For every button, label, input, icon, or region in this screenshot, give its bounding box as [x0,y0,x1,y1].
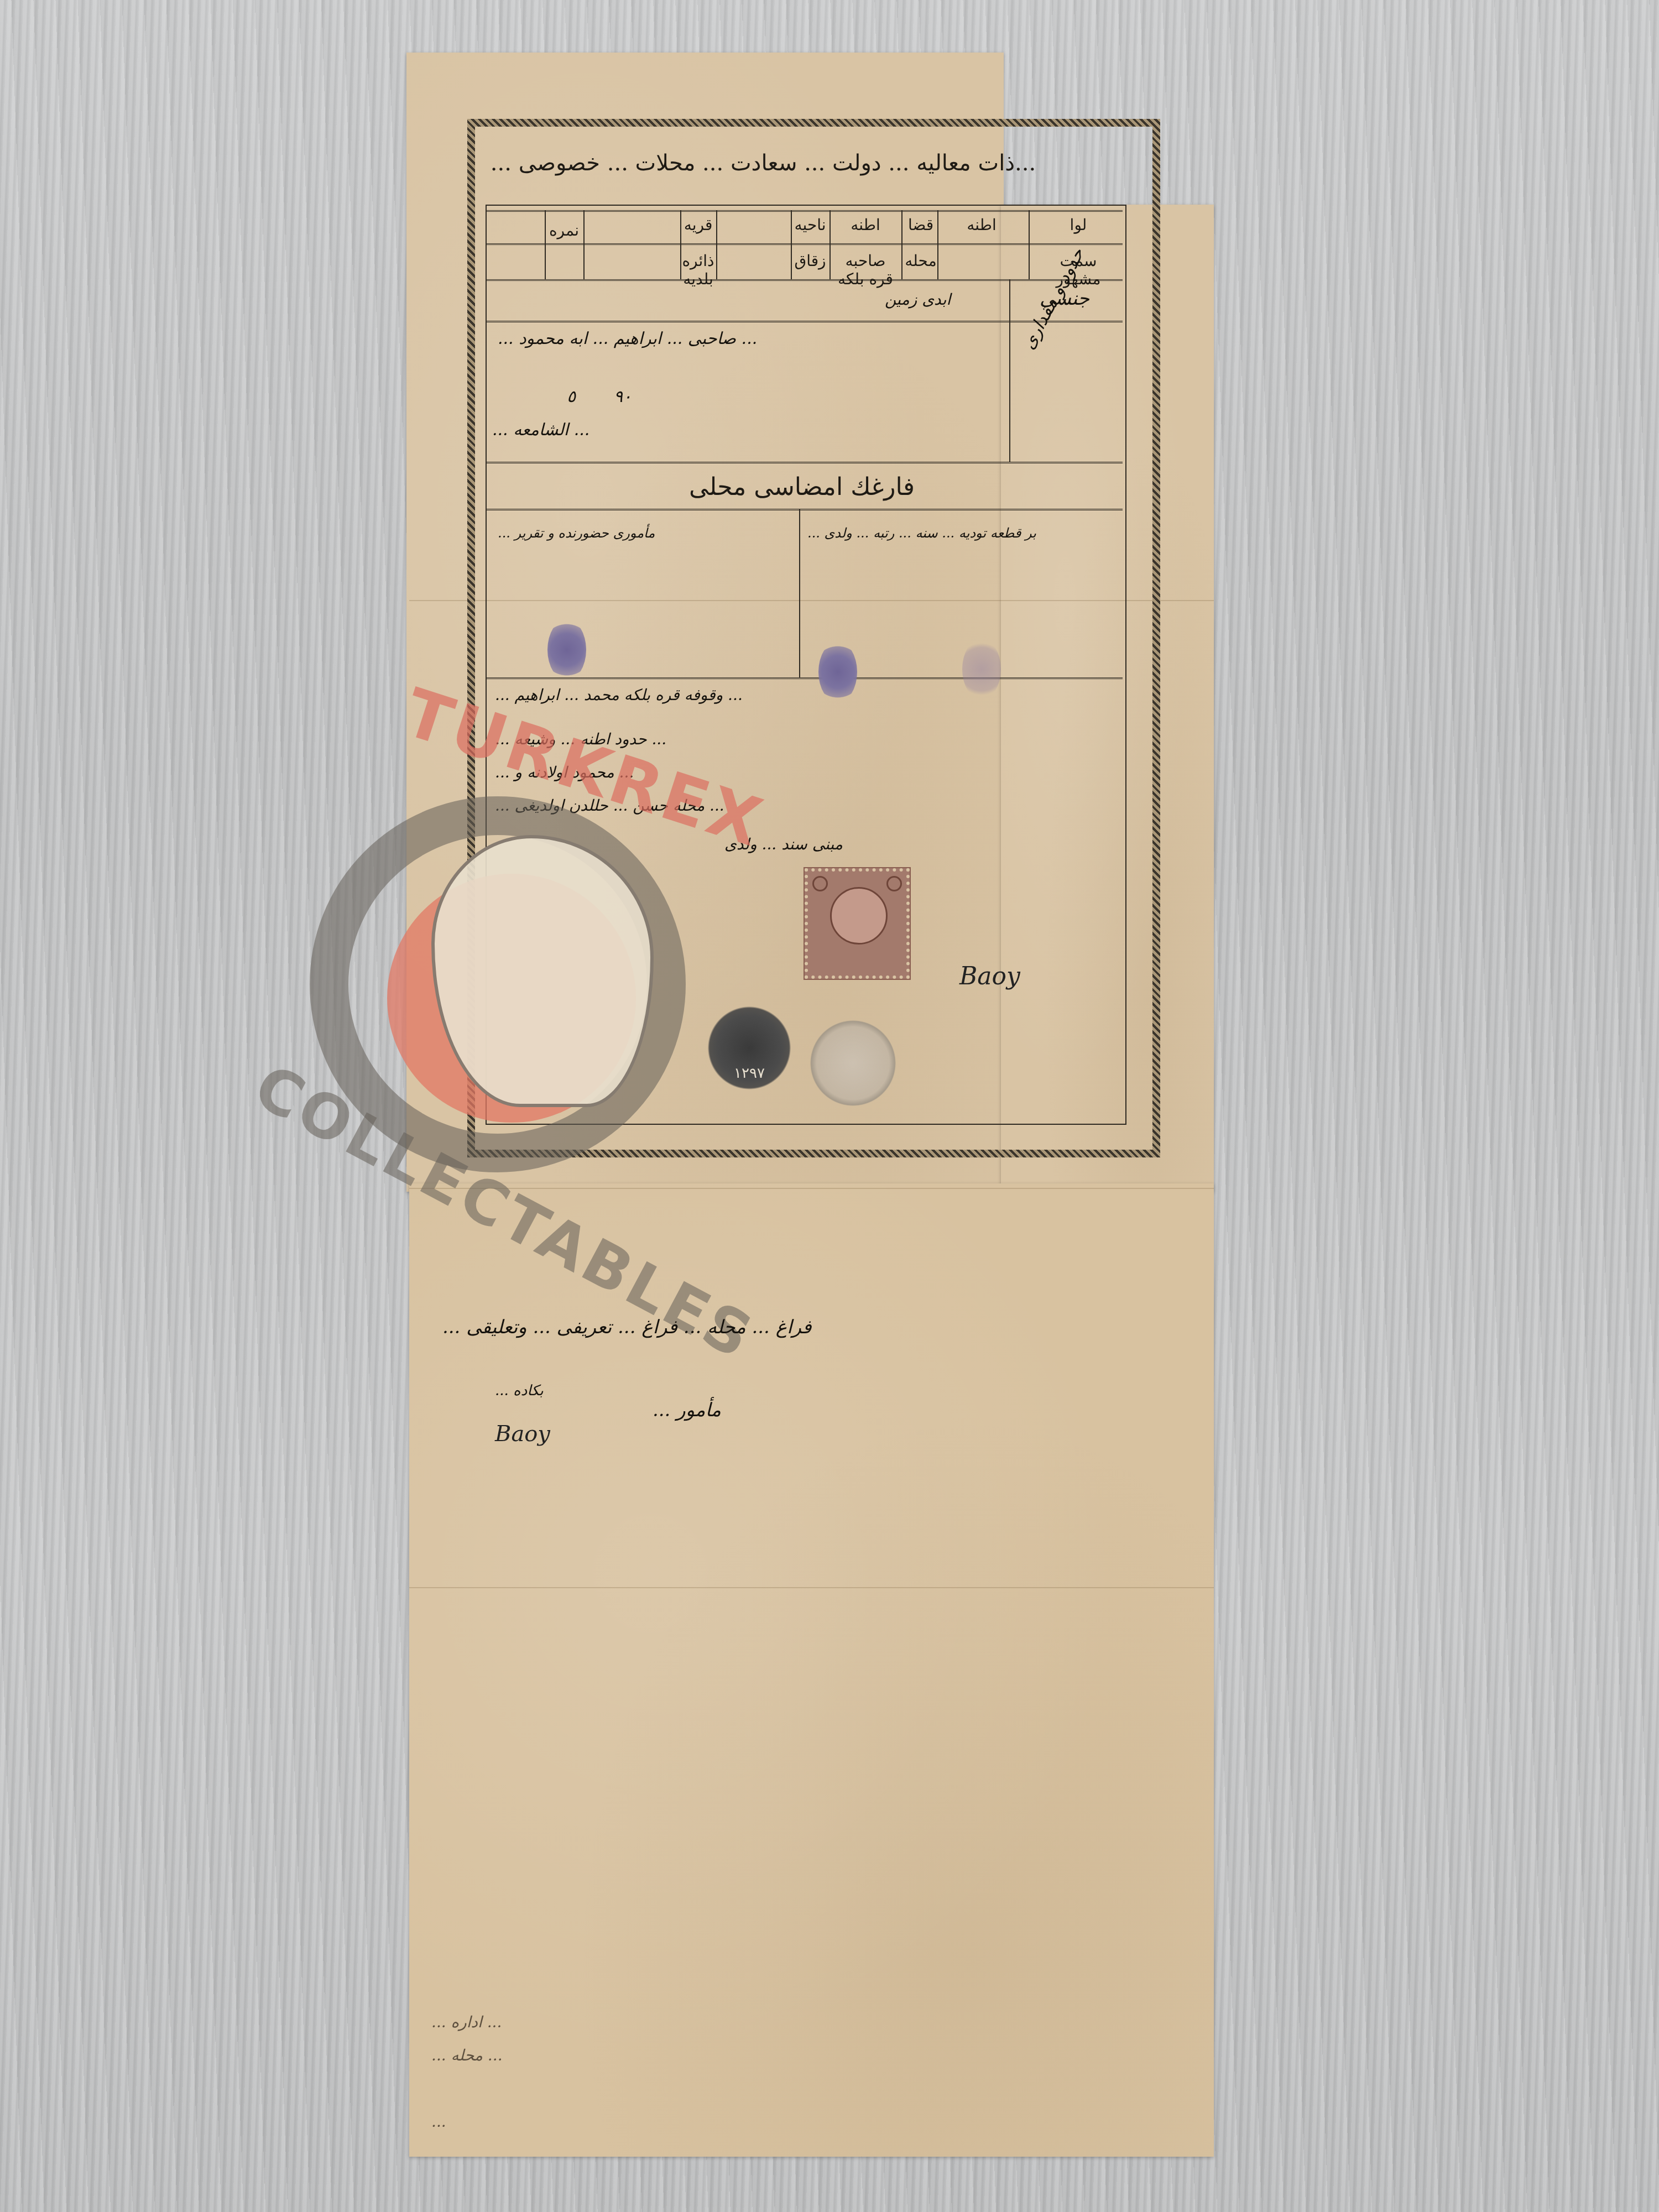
bottom-signature: Baoy [495,1421,550,1447]
label-nahiye: ناحیه [794,216,827,234]
label-mahalle: محله [904,252,937,270]
field-value-hudud: ... صاحبی ... ابراهیم ... ابه محمود ... [498,329,757,348]
field-value-cinsi: ابدی زمین [885,290,951,309]
table-divider [901,210,902,279]
purple-seal [818,641,857,702]
fraction-value: ۹۰ [614,387,632,406]
black-seal: ۱۲۹۷ [708,1006,791,1089]
table-rule [487,321,1123,322]
table-divider [545,210,546,279]
table-rule [487,509,1123,510]
table-rule [487,210,1123,212]
value-zukak: زقاق [794,252,827,270]
faded-line: ... اداره ... [431,2013,502,2031]
table-divider [791,210,792,279]
header-calligraphy: ...ذات معالیه ... دولت ... سعادت ... محل… [487,130,1040,196]
purple-seal [547,619,586,680]
table-divider [830,210,831,279]
table-rule [487,243,1123,245]
right-column-text: بر قطعه تودیه ... سنه ... رتبه ... ولدی … [807,525,1036,541]
field-note: ... الشامعه ... [492,420,589,440]
label-daire-belediye: ذائره بلدیه [680,252,716,288]
signature: Baoy [959,962,1020,990]
bottom-note: فراغ ... محله ... فراغ ... تعریفی ... وت… [442,1316,811,1338]
left-column-text: مأموری حضورنده و تقریر ... [498,525,655,541]
fold-line [409,1587,1214,1588]
table-rule [487,279,1123,281]
table-rule [487,462,1123,463]
tughra-emblem [830,887,888,945]
label-karye: قریه [680,216,716,234]
body-line: ... وقوفه قره بلکه محمد ... ابراهیم ... [495,686,743,704]
crescent-star-icon [812,876,828,891]
value-nahiye: صاحبه قره بلکه [832,252,899,288]
label-liva: لوا [1040,216,1117,234]
watermark-dinosaur-icon [431,835,654,1107]
value-liva: اطنه [940,216,1023,234]
table-divider [799,509,800,677]
value-kaza: اطنه [832,216,899,234]
faded-line: ... [431,2112,446,2131]
label-numara: نمره [547,221,581,239]
table-divider [1009,279,1010,462]
fraction-value: ٥ [567,387,576,406]
revenue-stamp [805,868,910,979]
seal-year: ۱۲۹۷ [734,1065,765,1082]
table-divider [716,210,717,279]
bottom-signature: بکاده ... [495,1383,544,1399]
faded-line: ... محله ... [431,2046,503,2064]
table-rule [487,677,1123,679]
table-divider [1029,210,1030,279]
crescent-star-icon [886,876,902,891]
table-divider [583,210,585,279]
section-title: فارغك امضاسی محلی [636,473,968,501]
table-divider [937,210,938,279]
bottom-signature: مأمور ... [653,1399,721,1421]
faint-seal [962,639,1001,700]
label-kaza: قضا [904,216,937,234]
embossed-seal [810,1020,896,1106]
